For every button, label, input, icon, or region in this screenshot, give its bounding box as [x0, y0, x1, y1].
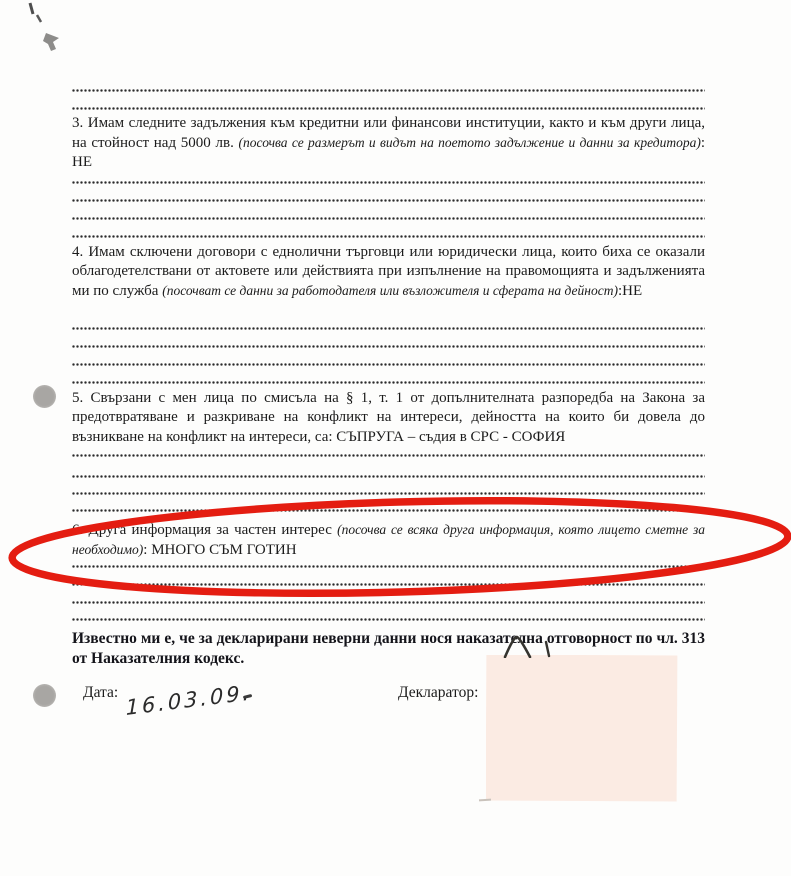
pen-scribble	[495, 630, 570, 658]
item-note: (посочват се данни за работодателя или в…	[162, 283, 618, 298]
handwritten-date: 16.03.09.	[126, 680, 253, 720]
pen-caret-stroke	[505, 637, 530, 657]
pen-tick-stroke	[546, 642, 549, 656]
item-colon: :	[701, 135, 705, 151]
dotted-fill-line	[72, 345, 705, 348]
red-circle-annotation	[0, 494, 791, 606]
dotted-fill-line	[72, 475, 705, 478]
item-answer: СЪПРУГА – съдия в СРС - СОФИЯ	[336, 429, 565, 445]
ink-speck	[37, 15, 41, 22]
item-answer: НЕ	[622, 283, 642, 299]
dotted-fill-line	[72, 363, 705, 366]
declaration-item-3: 3. Имам следните задължения към кредитни…	[72, 114, 705, 172]
declaration-item-4: 4. Имам сключени договори с еднолични тъ…	[72, 243, 705, 301]
dotted-fill-line	[72, 107, 705, 110]
dotted-fill-line	[72, 89, 705, 92]
declaration-item-5: 5. Свързани с мен лица по смисъла на § 1…	[72, 389, 705, 447]
item-note: (посочва се размерът и видът на поетото …	[239, 135, 701, 150]
hole-punch-mark	[33, 385, 56, 408]
dotted-fill-line	[72, 217, 705, 220]
dotted-fill-line	[72, 181, 705, 184]
date-label: Дата:	[83, 684, 118, 702]
dotted-fill-line	[72, 235, 705, 238]
ink-speck	[30, 3, 33, 14]
declarant-label: Декларатор:	[398, 684, 478, 702]
signature-redaction-rect	[486, 655, 677, 802]
dotted-fill-line	[72, 454, 705, 457]
dotted-fill-line	[72, 381, 705, 384]
dotted-fill-line	[72, 618, 705, 621]
scanned-document-page: 3. Имам следните задължения към кредитни…	[0, 0, 791, 876]
arrow-smudge	[43, 33, 59, 51]
item-answer: НЕ	[72, 154, 92, 170]
signature-redaction	[486, 655, 678, 802]
hole-punch-mark	[33, 684, 56, 707]
dotted-fill-line	[72, 199, 705, 202]
red-ellipse	[11, 494, 789, 603]
dotted-fill-line	[72, 327, 705, 330]
